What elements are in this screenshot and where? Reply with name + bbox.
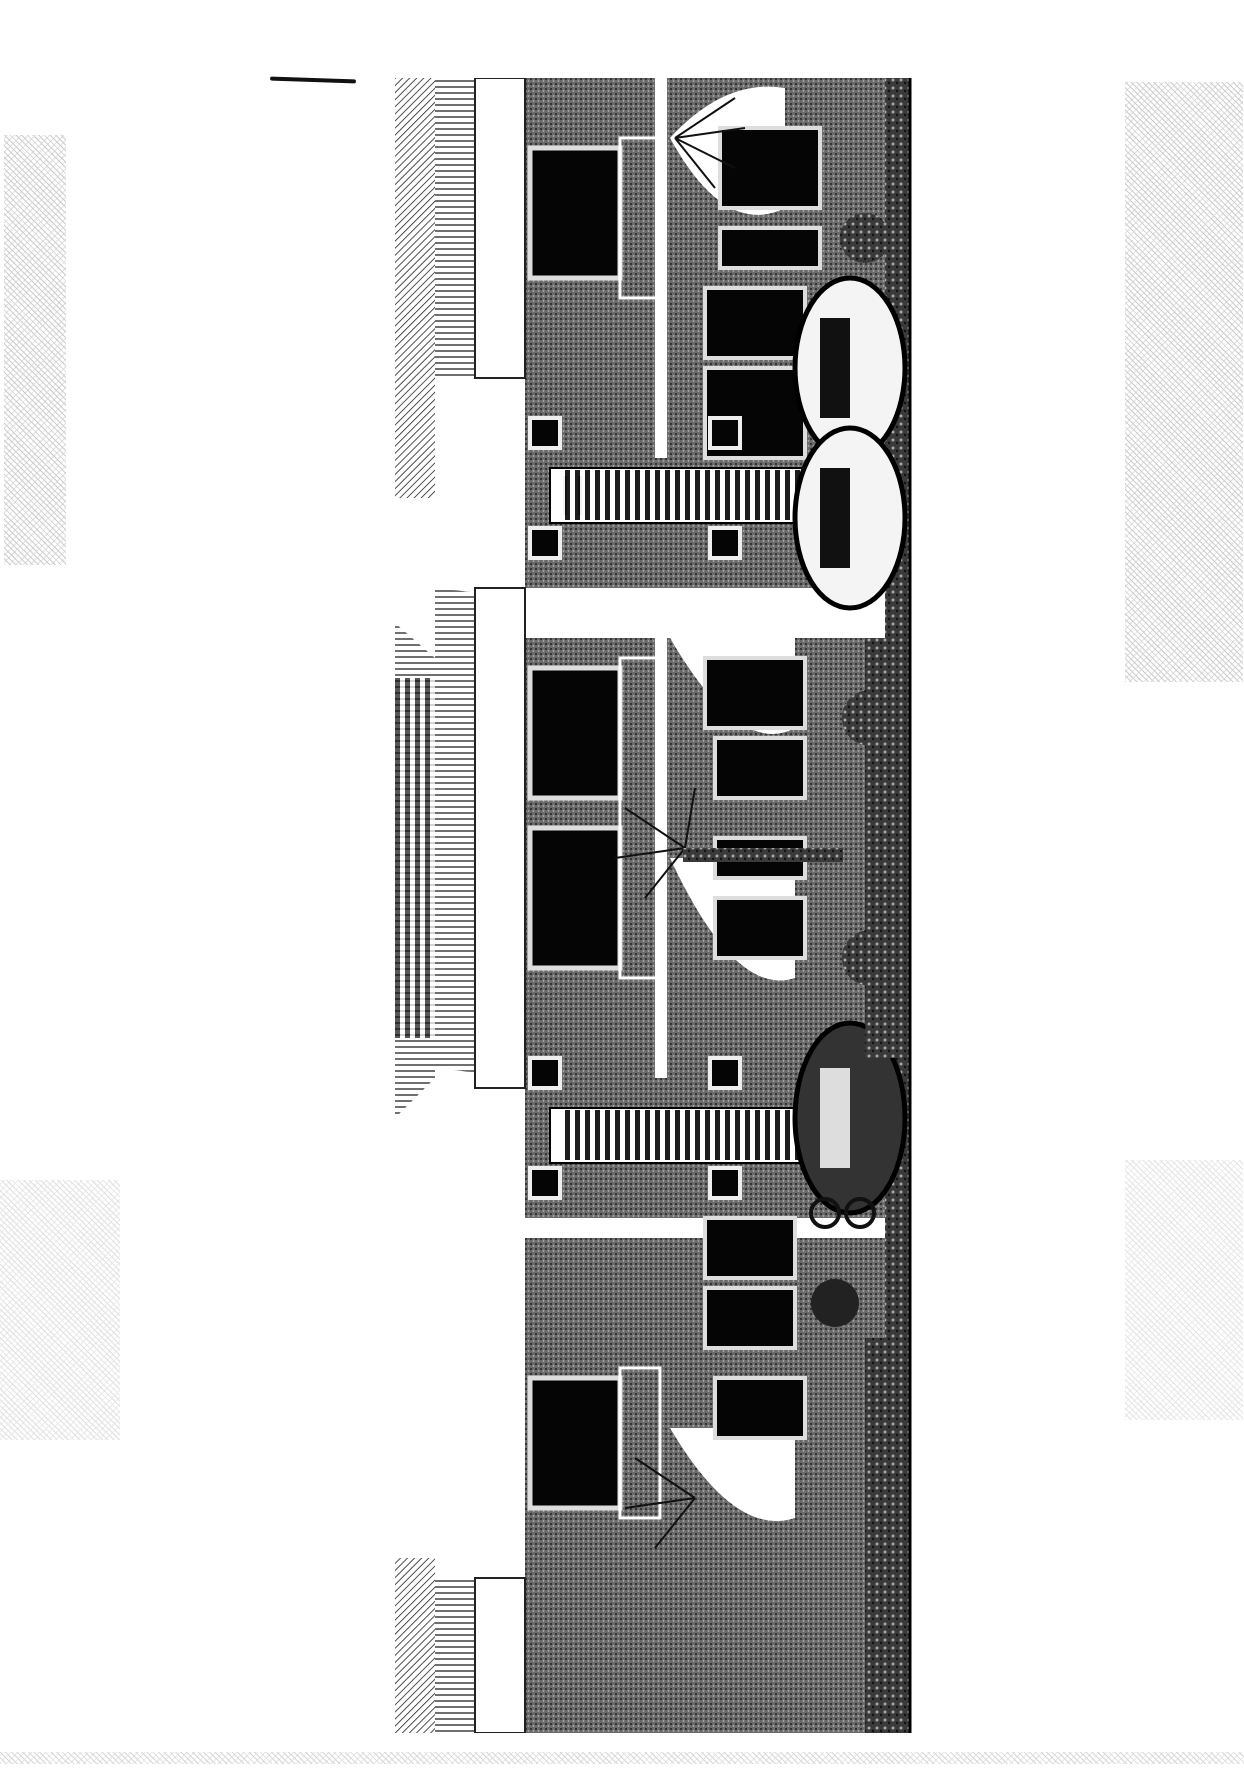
pen-mark	[270, 77, 356, 84]
townhouse-elevation-photo	[395, 78, 1020, 1733]
scan-artifact-right-lower	[1125, 1160, 1243, 1420]
scan-artifact-right	[1125, 82, 1243, 682]
scan-artifact-bottom	[0, 1752, 1244, 1764]
scan-artifact-left-lower	[0, 1180, 120, 1440]
scan-artifact-left	[4, 135, 66, 565]
